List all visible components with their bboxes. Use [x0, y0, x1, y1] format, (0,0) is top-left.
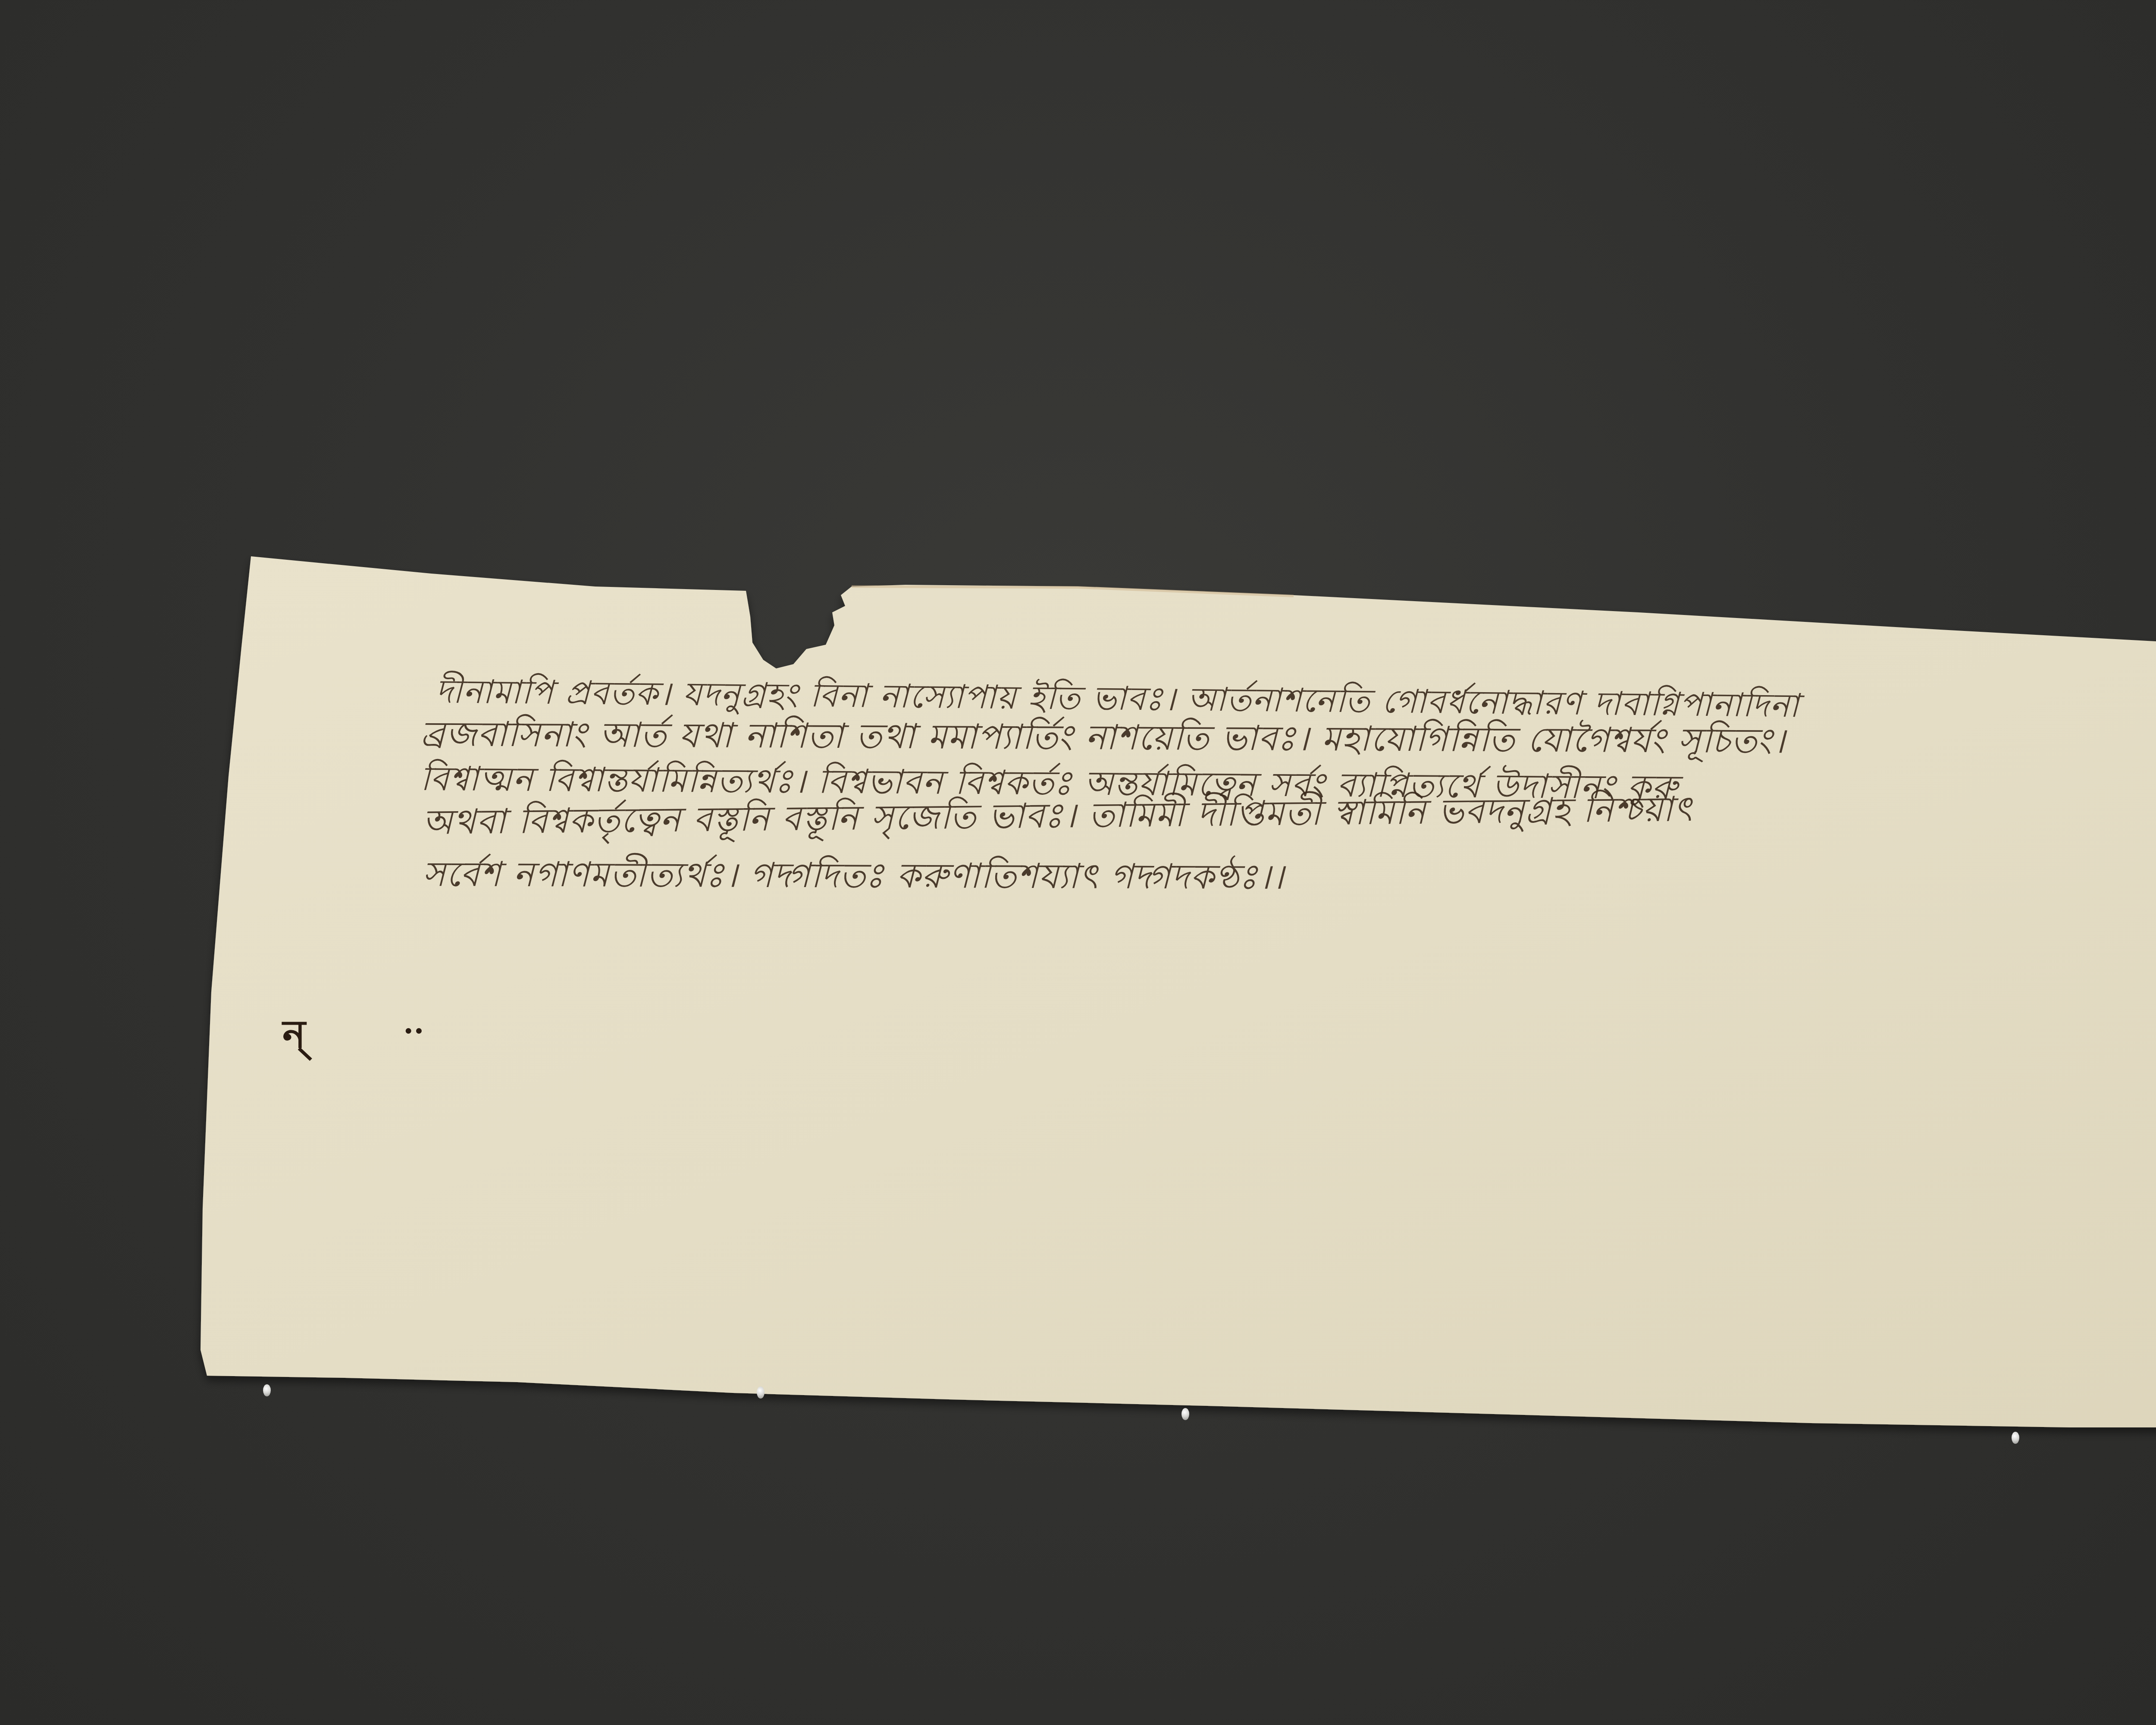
manuscript-line-5: সর্বেশ নগাণমতীত্যর্থঃ। গদ্গদিতঃ করুণাতিশ…: [423, 847, 1285, 908]
manuscript-leaf: দীনামাপি প্রবর্তক। যদনুগ্রহং বিনা নাস্যো…: [0, 0, 2156, 1725]
mounting-pin: [1181, 1408, 1189, 1420]
mounting-pin: [263, 1384, 271, 1396]
margin-dots: ..: [403, 1005, 424, 1041]
margin-symbol: ন্: [282, 1005, 306, 1069]
mounting-pin: [757, 1386, 765, 1399]
mounting-pin: [2012, 1432, 2019, 1444]
